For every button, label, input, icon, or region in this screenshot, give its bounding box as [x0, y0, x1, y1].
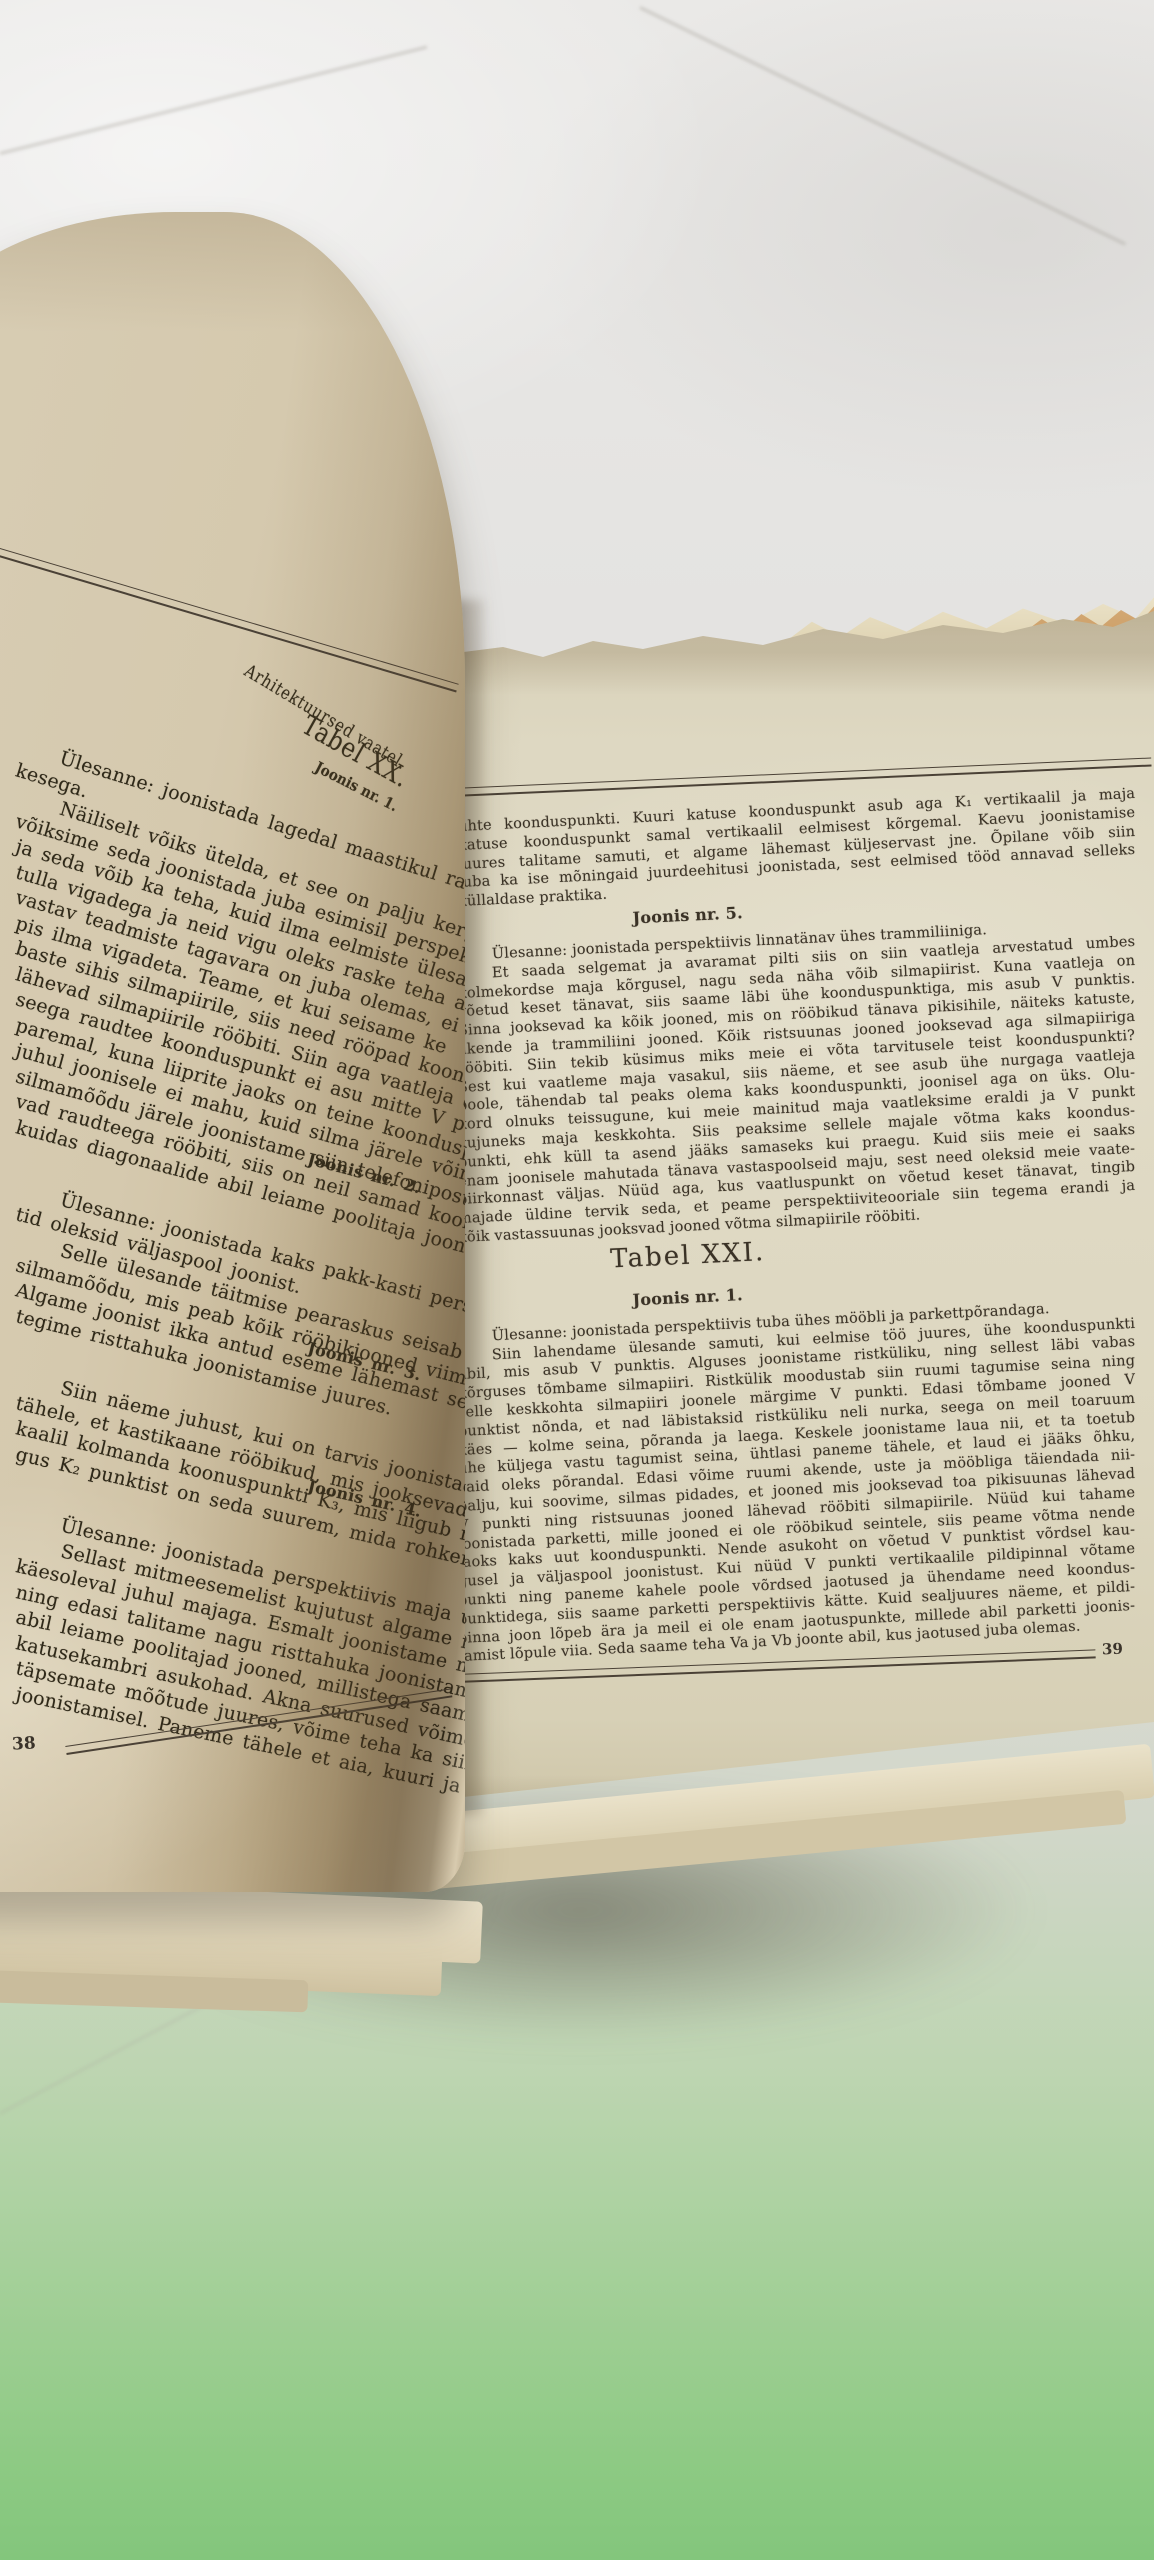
left-page: Arhitektuursed vaatel. Tabel XX. Joonis …: [0, 212, 465, 1892]
header-rule: [0, 528, 459, 692]
book-photo: ühte koonduspunkti. Kuuri katuse koondus…: [0, 0, 1154, 2560]
fabric-seam: [0, 46, 427, 155]
fabric-seam: [639, 6, 1126, 245]
page-number: 39: [1102, 1640, 1123, 1659]
page-number: 38: [11, 1733, 36, 1754]
right-page: ühte koonduspunkti. Kuuri katuse koondus…: [408, 600, 1154, 1815]
